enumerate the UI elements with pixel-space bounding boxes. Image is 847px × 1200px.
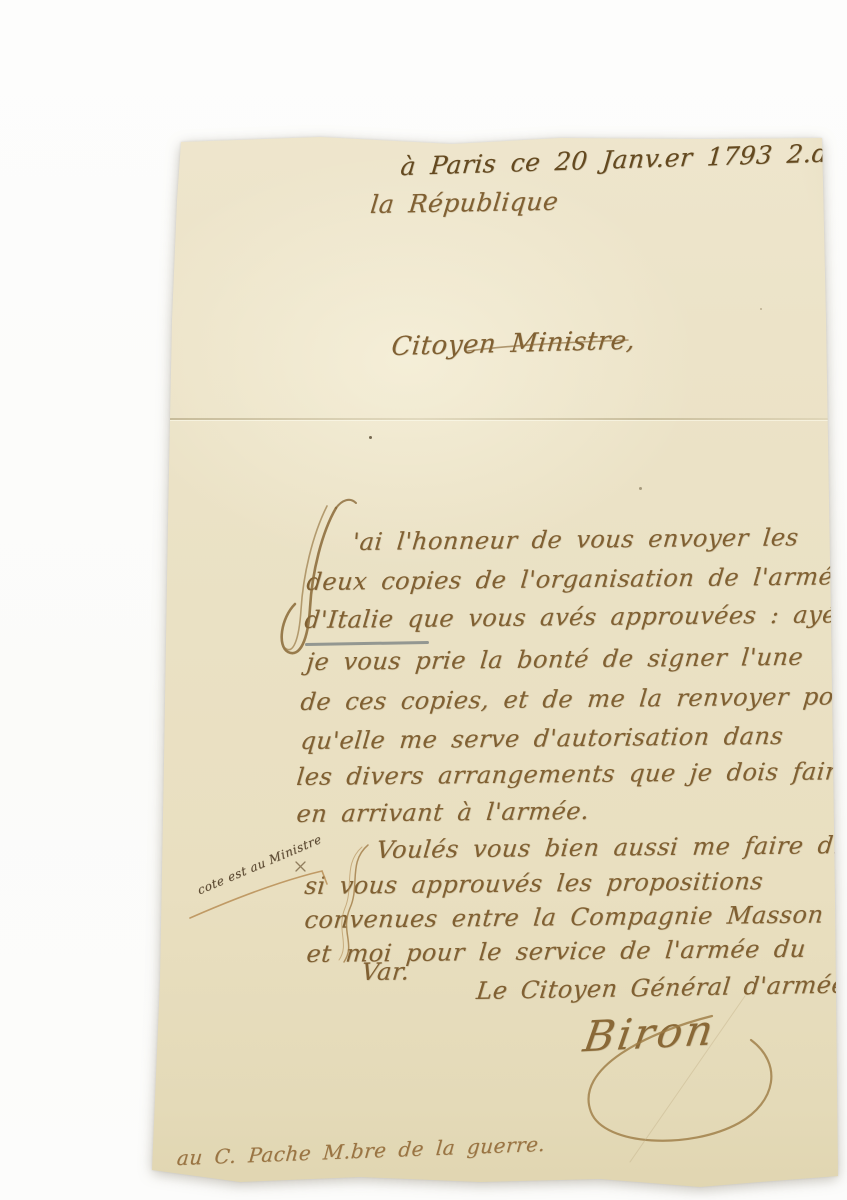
body-line: de ces copies, et de me la renvoyer pour [299,682,847,716]
margin-x-mark [296,862,305,871]
docket-note: au C. Pache M.bre de la guerre. [176,1132,546,1170]
signature: Biron [580,1005,719,1061]
paper-speck [829,184,838,191]
fold-crease-highlight [168,420,830,421]
closing-formula: Le Citoyen Général d'armée. [475,970,847,1005]
paper-speck [369,436,372,439]
dateline-line2: la République [369,187,560,219]
body-line: si vous approuvés les propositions [303,867,764,900]
paper-speck [760,308,762,310]
body-line: deux copies de l'organisation de l'armée [305,562,847,596]
body-line: d'Italie que vous avés approuvées : ayés [303,600,847,634]
pencil-underline-italie [305,641,429,646]
letter-paper-shadow: à Paris ce 20 Janv.er 1793 2.d de la Rép… [0,0,847,1200]
body-line: en arrivant à l'armée. [295,797,590,828]
paper-speck [639,487,642,490]
salutation: Citoyen Ministre, [390,326,637,362]
body-line: convenues entre la Compagnie Masson [303,901,825,934]
drop-cap-j-hook [336,500,356,508]
body-line: Voulés vous bien aussi me faire dire [375,831,847,864]
body-line: Var. [360,957,411,986]
body-line: qu'elle me serve d'autorisation dans [299,722,784,755]
letter-paper: à Paris ce 20 Janv.er 1793 2.d de la Rép… [0,0,847,1200]
body-line: 'ai l'honneur de vous envoyer les [351,523,800,556]
body-line: les divers arrangements que je dois fair… [295,757,847,791]
dateline-line1: à Paris ce 20 Janv.er 1793 2.d de [399,137,847,181]
scan-canvas: à Paris ce 20 Janv.er 1793 2.d de la Rép… [0,0,847,1200]
body-line: je vous prie la bonté de signer l'une [305,643,804,676]
